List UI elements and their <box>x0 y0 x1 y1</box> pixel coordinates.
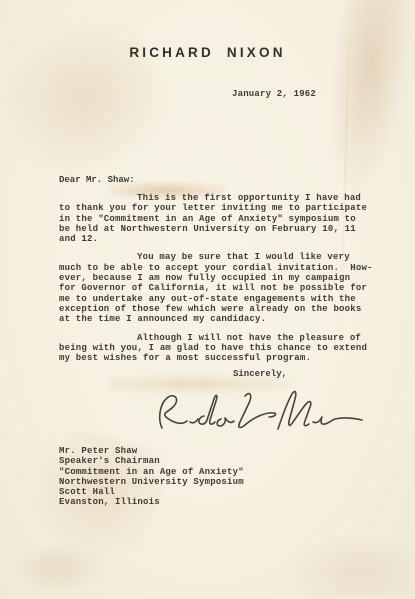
stain-top-right-streak <box>319 0 415 198</box>
paragraph-2: You may be sure that I would like very m… <box>59 252 389 324</box>
stain-bottom-right <box>290 535 410 597</box>
paragraph-3: Although I will not have the pleasure of… <box>59 333 389 364</box>
letterhead-name: RICHARD NIXON <box>0 45 415 60</box>
recipient-address: Mr. Peter Shaw Speaker's Chairman "Commi… <box>59 446 244 508</box>
stain-top-left <box>0 0 184 199</box>
closing-line: Sincerely, <box>233 369 287 379</box>
signature <box>148 386 366 442</box>
paragraph-1: This is the first opportunity I have had… <box>59 193 389 244</box>
date-line: January 2, 1962 <box>232 89 316 99</box>
letter-page: RICHARD NIXON January 2, 1962 Dear Mr. S… <box>0 0 415 599</box>
stain-bottom-edge <box>15 545 105 590</box>
letter-body: This is the first opportunity I have had… <box>59 193 389 371</box>
salutation: Dear Mr. Shaw: <box>59 175 135 185</box>
signature-ink <box>148 386 366 442</box>
